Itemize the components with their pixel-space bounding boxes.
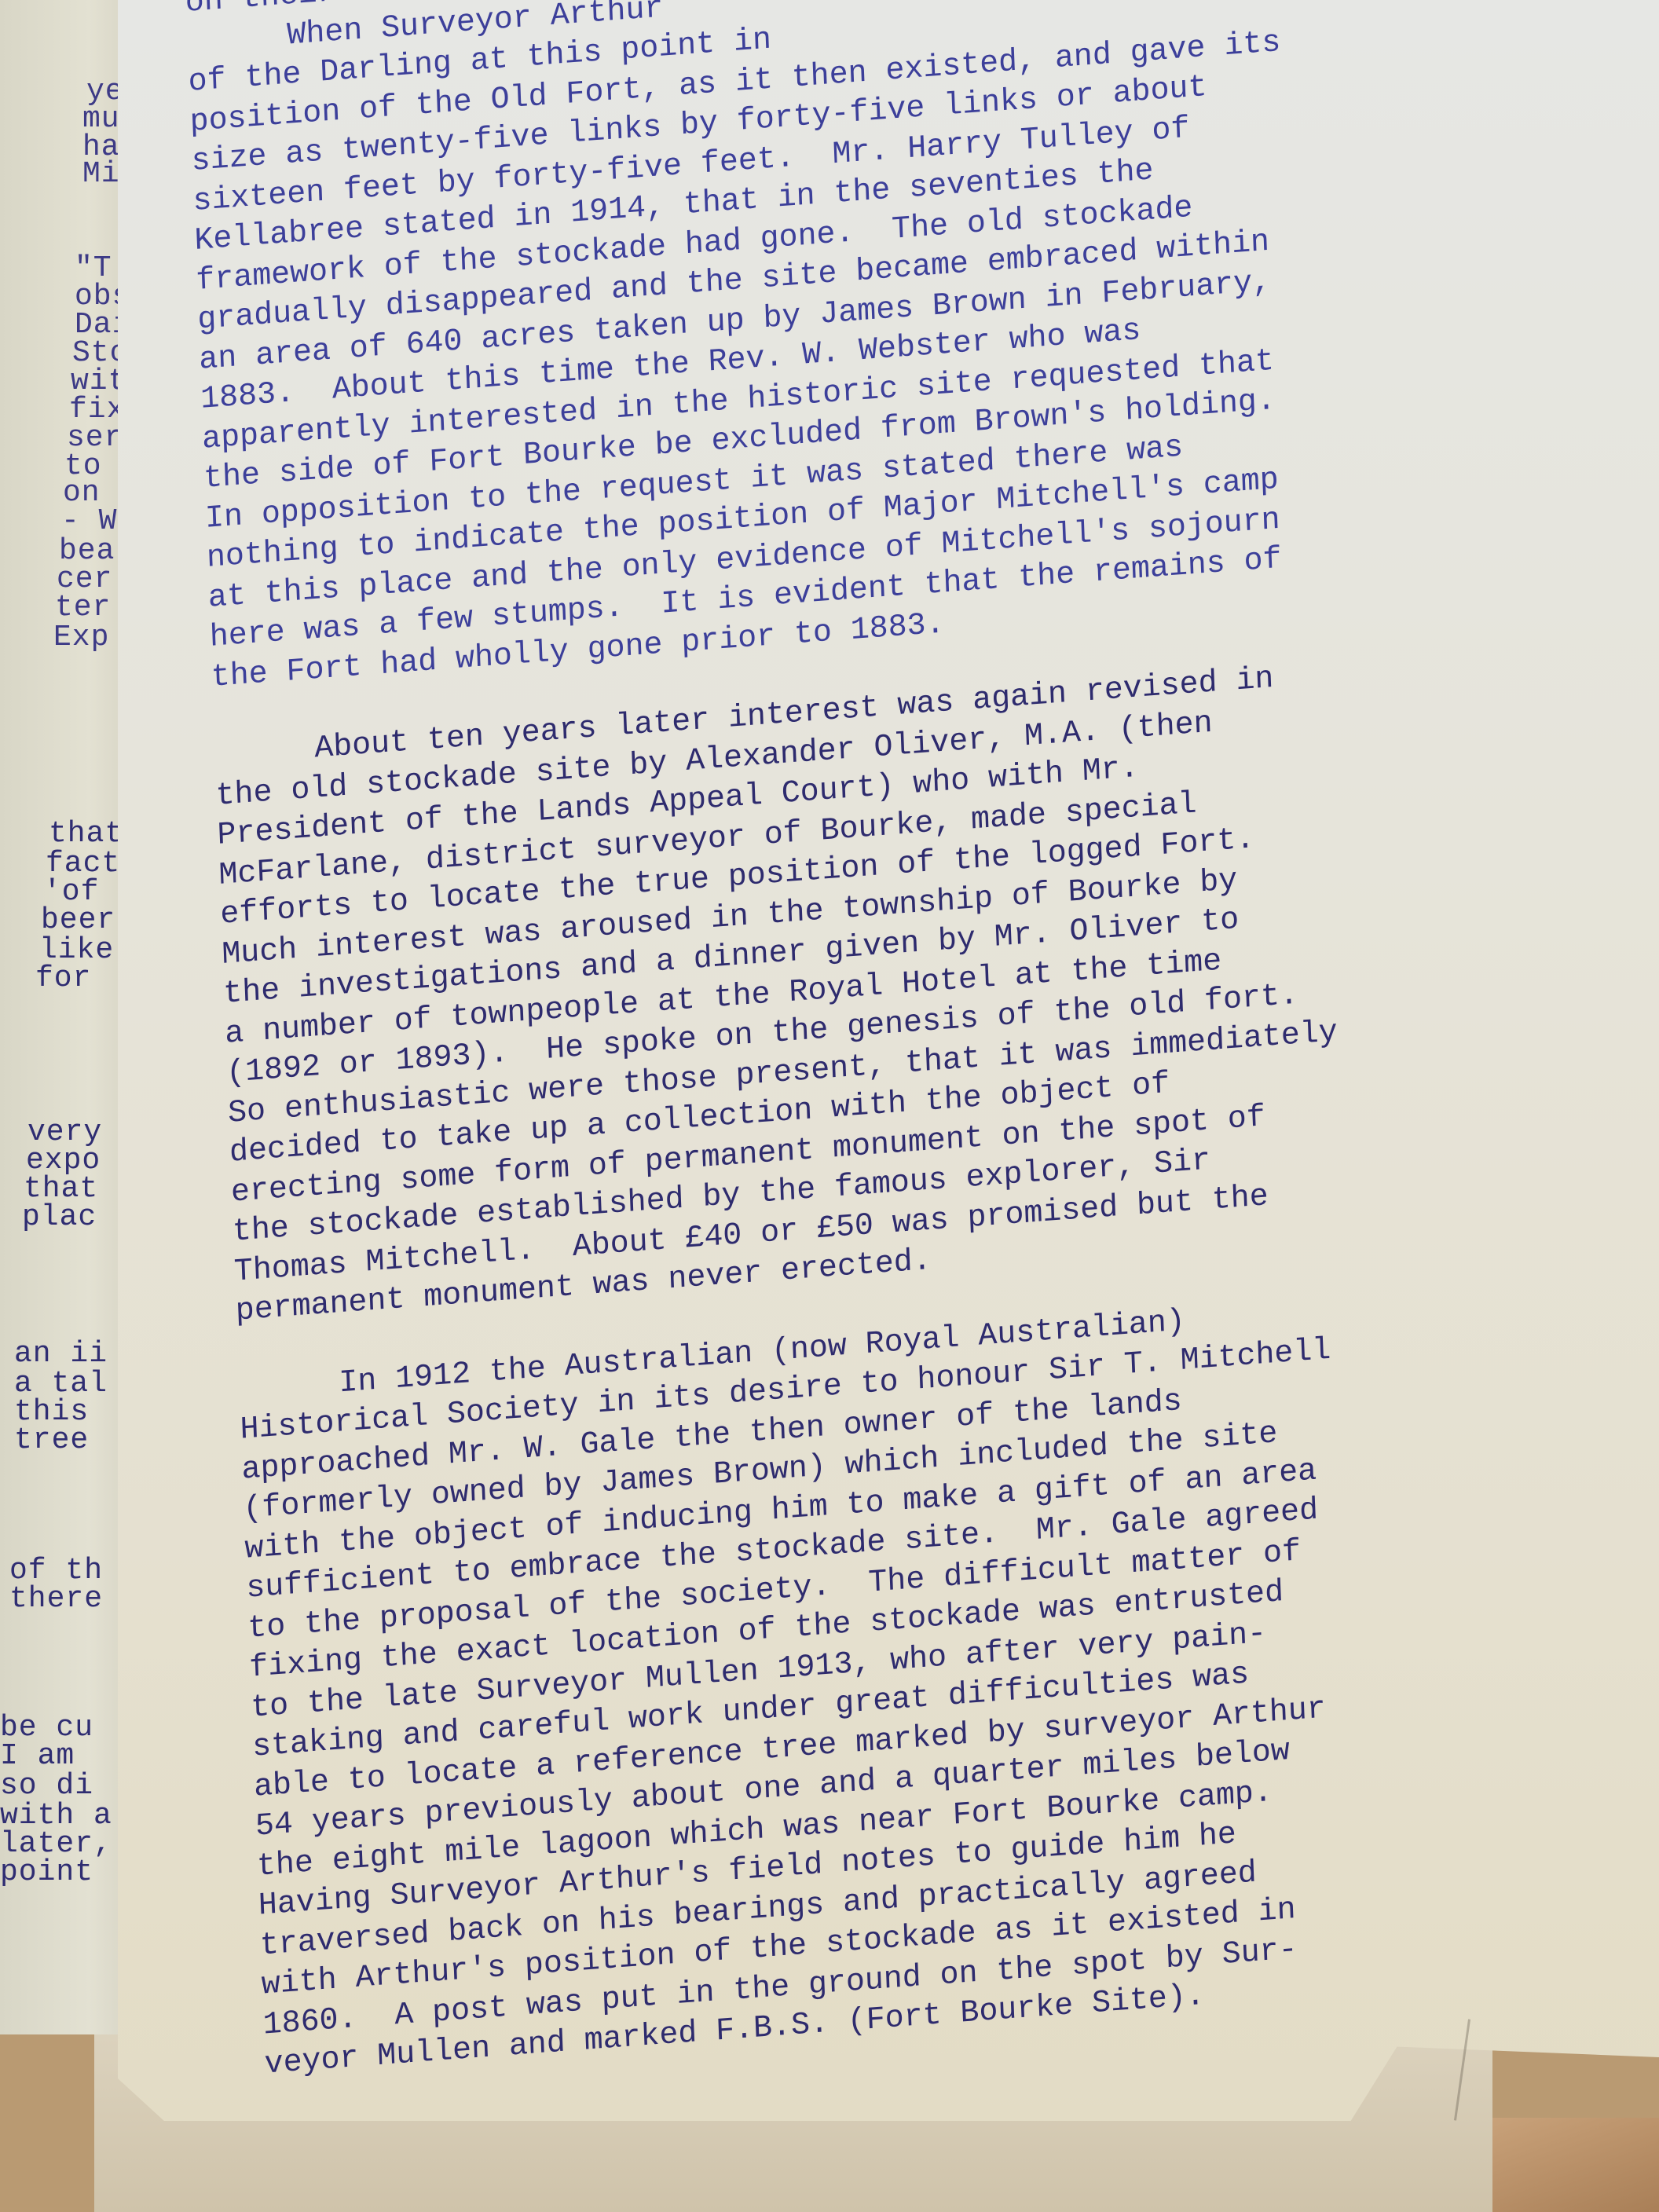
paragraph: When Surveyor Arthurof the Darling at th… [186,0,1559,698]
back-page-fragment: Exp [53,621,109,654]
paragraphs: When Surveyor Arthurof the Darling at th… [186,0,1613,2086]
back-page-fragment: that [49,817,123,851]
back-page-fragment: there [9,1582,103,1616]
back-page-fragment: so di [0,1769,93,1803]
back-page-fragment: I am [0,1739,75,1773]
back-page-fragment: for [35,961,91,995]
back-page-fragment: plac [22,1200,97,1234]
back-page-fragment: - W [61,504,117,538]
back-page-fragment: point [0,1855,93,1889]
document-body: on their When Surveyor Arthurof the Darl… [185,0,1613,2086]
back-page-fragment: tree [14,1423,89,1457]
back-page-fragment: an ii [14,1337,108,1371]
paragraph: In 1912 the Australian (now Royal Austra… [238,1273,1613,2086]
back-page-fragment: Mi [82,157,120,191]
paragraph: About ten years later interest was again… [214,639,1584,1332]
back-page-fragment: beer [41,903,115,937]
desk-surface [1486,2118,1659,2212]
back-page-fragment: ter [55,591,111,624]
